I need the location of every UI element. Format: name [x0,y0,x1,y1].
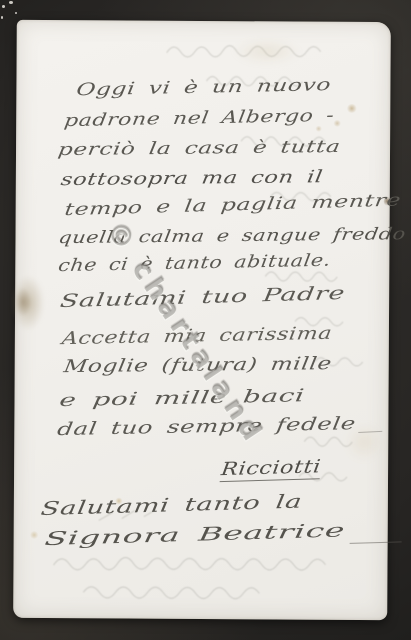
foxing-stain [30,531,39,539]
letter-paper: Oggi vi è un nuovo padrone nel Albergo -… [13,20,391,620]
handwritten-line: sottosopra ma con il [59,167,324,190]
foxing-stain [346,104,357,113]
signature: Ricciotti [220,456,323,482]
pen-flourish [358,431,382,433]
handwritten-line: dal tuo sempre fedele [56,414,357,440]
handwritten-line: tempo e la paglia mentre [63,190,402,220]
handwritten-line: perciò la casa è tutta [57,137,342,160]
handwritten-line: Signora Beatrice [43,520,346,550]
photo-background: Oggi vi è un nuovo padrone nel Albergo -… [0,0,411,640]
handwritten-line: Salutami tanto la [39,491,303,520]
pen-flourish [350,541,402,543]
handwritten-line: padrone nel Albergo - [63,106,336,131]
dust-speck [9,1,13,4]
age-patch [232,37,302,65]
dust-speck [1,16,3,19]
foxing-stain [315,126,322,132]
dust-speck [15,12,17,14]
dust-speck [2,5,5,8]
handwritten-line: e poi mille baci [58,386,306,411]
handwritten-line: Salutami tuo Padre [59,283,347,312]
foxing-stain [333,120,341,127]
handwritten-line: che ci è tanto abituale. [57,251,332,277]
handwritten-line: Oggi vi è un nuovo [75,75,332,100]
